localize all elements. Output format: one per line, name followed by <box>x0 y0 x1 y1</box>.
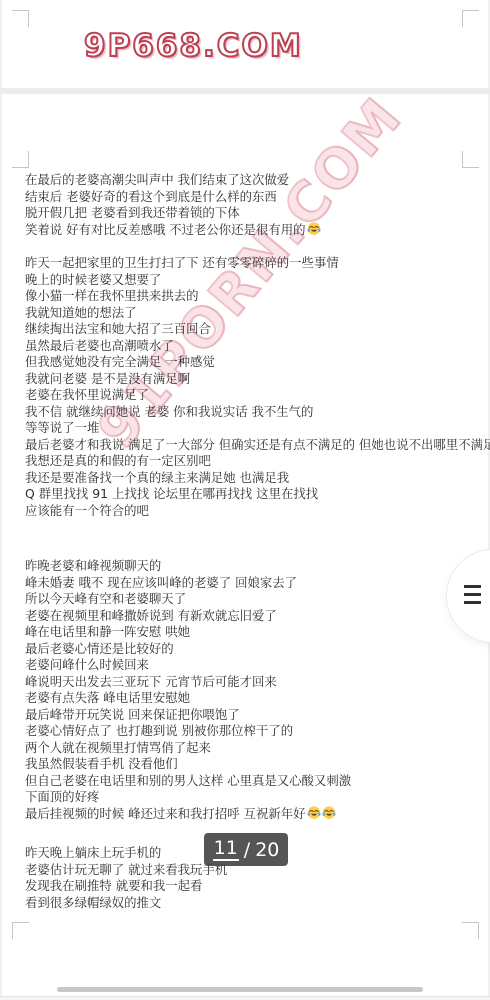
text-line: 我想还是真的和假的有一定区别吧 <box>25 453 487 470</box>
paragraph-block: 昨天一起把家里的卫生打扫了下 还有零零碎碎的一些事情晚上的时候老婆又想要了像小猫… <box>25 255 487 519</box>
text-line: 应该能有一个符合的吧 <box>25 503 487 520</box>
stitch-seam-band <box>0 88 490 94</box>
text-line: 峰未婚妻 哦不 现在应该叫峰的老婆了 回娘家去了 <box>25 575 487 592</box>
story-text: 在最后的老婆高潮尖叫声中 我们结束了这次做爱结束后 老婆好奇的看这个到底是什么样… <box>25 172 487 911</box>
text-line: 最后挂视频的时候 峰还过来和我打招呼 互祝新年好 <box>25 806 487 823</box>
text-line: 老婆在视频里和峰撒娇说到 有新欢就忘旧爱了 <box>25 608 487 625</box>
stitch-mark-top-left <box>12 10 29 27</box>
text-line: 脱开假几把 老婆看到我还带着锁的下体 <box>25 205 487 222</box>
stitch-mark-mid-left <box>12 151 29 168</box>
laughing-emoji-icon <box>322 806 336 820</box>
text-line: 晚上的时候老婆又想要了 <box>25 272 487 289</box>
stitch-mark-top-right <box>462 10 479 27</box>
text-line: 昨晚老婆和峰视频聊天的 <box>25 558 487 575</box>
text-line: 笑着说 好有对比反差感哦 不过老公你还是很有用的 <box>25 222 487 239</box>
laughing-emoji-icon <box>307 222 321 236</box>
text-line: 昨天一起把家里的卫生打扫了下 还有零零碎碎的一些事情 <box>25 255 487 272</box>
text-line: 虽然最后老婆也高潮喷水了 <box>25 338 487 355</box>
page-bottom-edge <box>0 996 490 1000</box>
text-line: 所以今天峰有空和老婆聊天了 <box>25 591 487 608</box>
stitch-mark-mid-right <box>462 151 479 168</box>
text-line: 看到很多绿帽绿奴的推文 <box>25 895 487 912</box>
text-line: 老婆在我怀里说满足了 <box>25 387 487 404</box>
text-line: 老婆有点失落 峰电话里安慰她 <box>25 690 487 707</box>
text-line: 像小猫一样在我怀里拱来拱去的 <box>25 288 487 305</box>
text-line: 下面顶的好疼 <box>25 789 487 806</box>
text-line: 发现我在刷推特 就要和我一起看 <box>25 878 487 895</box>
text-line: 两个人就在视频里打情骂俏了起来 <box>25 740 487 757</box>
text-line: 老婆问峰什么时候回来 <box>25 657 487 674</box>
text-line: 最后老婆心情还是比较好的 <box>25 641 487 658</box>
text-line: Q 群里找找 91 上找找 论坛里在哪再找找 这里在找找 <box>25 486 487 503</box>
reader-page: { "header": { "logo": "9P668.COM" }, "wa… <box>0 0 490 1000</box>
text-line: 我不信 就继续问她说 老婆 你和我说实话 我不生气的 <box>25 404 487 421</box>
text-line: 最后老婆才和我说 满足了一大部分 但确实还是有点不满足的 但她也说不出哪里不满足 <box>25 437 487 454</box>
text-line: 峰在电话里和静一阵安慰 哄她 <box>25 624 487 641</box>
text-line: 但我感觉她没有完全满足 一种感觉 <box>25 354 487 371</box>
text-line: 我还是要准备找一个真的绿主来满足她 也满足我 <box>25 470 487 487</box>
text-line: 但自己老婆在电话里和别的男人这样 心里真是又心酸又刺激 <box>25 773 487 790</box>
stitch-mark-bottom-left <box>12 922 29 939</box>
total-pages-number: 20 <box>255 839 279 861</box>
paragraph-block: 在最后的老婆高潮尖叫声中 我们结束了这次做爱结束后 老婆好奇的看这个到底是什么样… <box>25 172 487 238</box>
current-page-number: 11 <box>213 838 239 861</box>
text-line: 在最后的老婆高潮尖叫声中 我们结束了这次做爱 <box>25 172 487 189</box>
text-line: 老婆心情好点了 也打趣到说 别被你那位榨干了的 <box>25 723 487 740</box>
site-logo: 9P668.COM <box>84 28 303 64</box>
paragraph-block: 昨晚老婆和峰视频聊天的峰未婚妻 哦不 现在应该叫峰的老婆了 回娘家去了所以今天峰… <box>25 558 487 822</box>
text-line: 峰说明天出发去三亚玩下 元宵节后可能才回来 <box>25 674 487 691</box>
laughing-emoji-icon <box>307 806 321 820</box>
page-left-edge <box>0 0 2 1000</box>
text-line: 最后峰带开玩笑说 回来保证把你喂饱了 <box>25 707 487 724</box>
text-line: 我虽然假装看手机 没看他们 <box>25 756 487 773</box>
text-line: 我就问老婆 是不是没有满足啊 <box>25 371 487 388</box>
hamburger-menu-icon <box>464 585 481 609</box>
text-line: 结束后 老婆好奇的看这个到底是什么样的东西 <box>25 189 487 206</box>
text-line: 继续掏出法宝和她大招了三百回合 <box>25 321 487 338</box>
text-line: 我就知道她的想法了 <box>25 305 487 322</box>
stitch-mark-bottom-right <box>462 922 479 939</box>
horizontal-scrollbar[interactable] <box>57 987 423 992</box>
text-line: 等等说了一堆 <box>25 420 487 437</box>
page-separator: / <box>244 839 250 861</box>
page-indicator-toast: 11 / 20 <box>204 833 288 866</box>
